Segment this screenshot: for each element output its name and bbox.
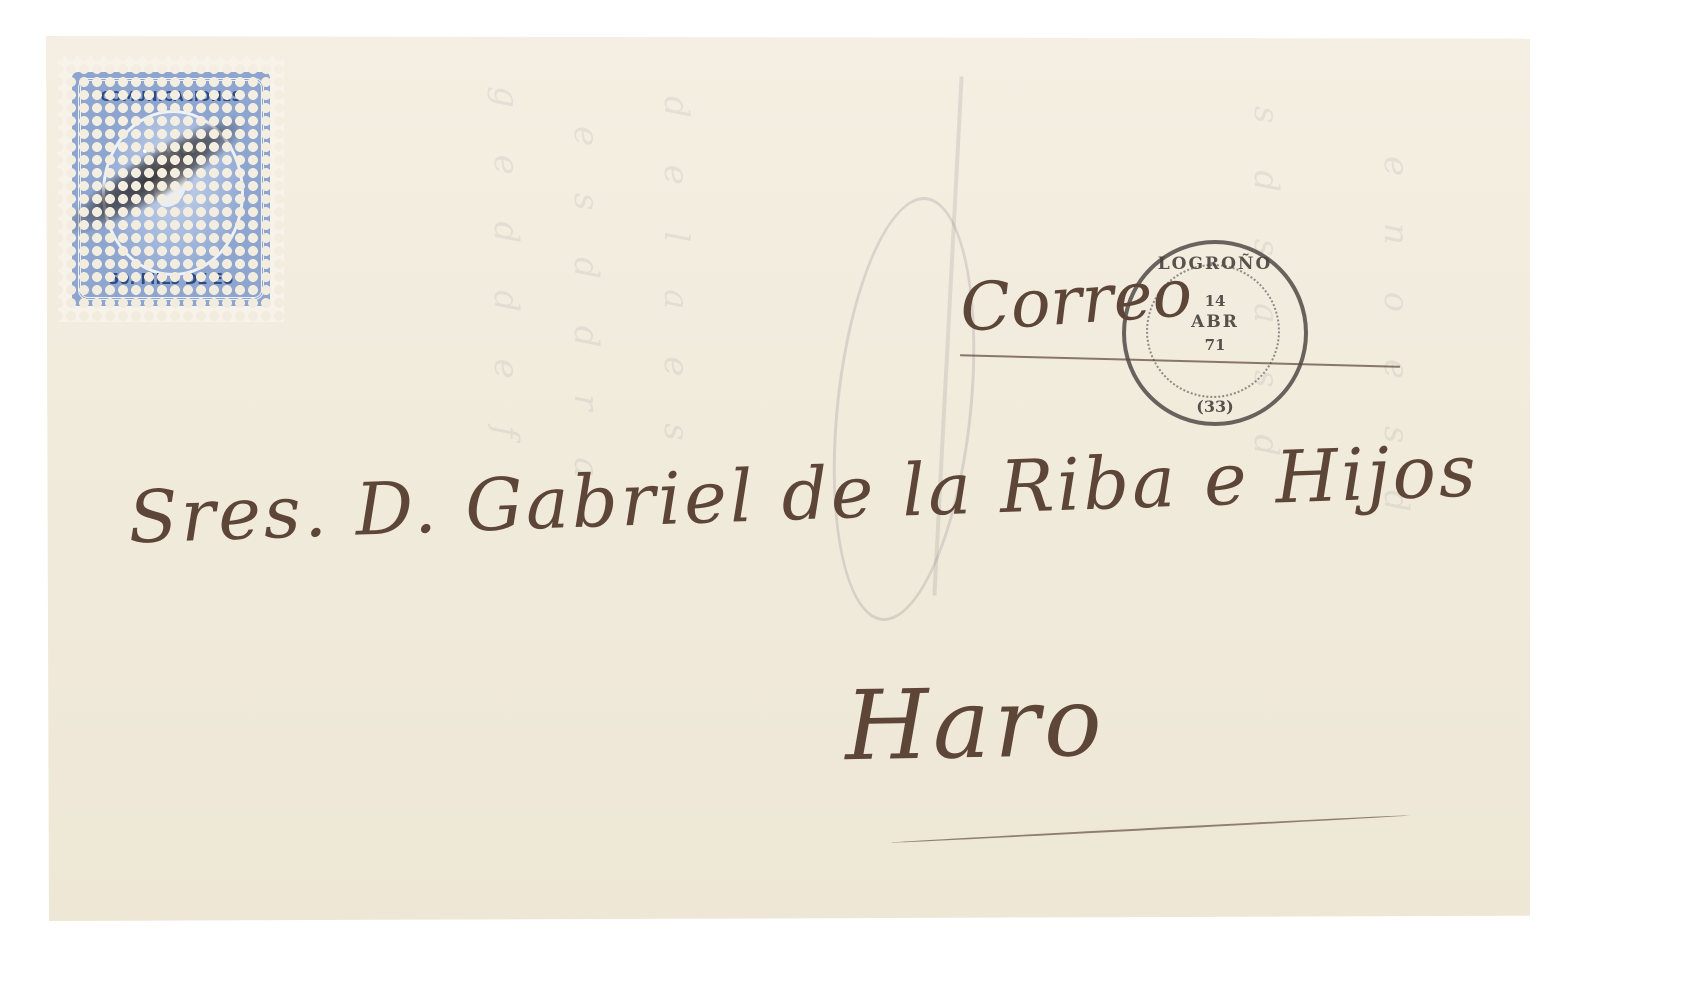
- postage-stamp: COMUNICACIONES 50. MILs DE Eo: [58, 56, 284, 322]
- postmark-year: 71: [1126, 336, 1304, 354]
- destination: Haro: [844, 666, 1107, 783]
- bleed-through-text: d e l a e s: [656, 96, 696, 459]
- faint-rate-mark: [814, 190, 994, 628]
- bleed-through-text: g e d d e f: [486, 86, 526, 456]
- postmark-code: (33): [1126, 397, 1304, 416]
- bleed-through-text: e s d d r a: [566, 126, 606, 496]
- service-note: Correo: [958, 254, 1195, 347]
- stamp-top-text: COMUNICACIONES: [72, 90, 270, 105]
- stamp-value-text: 50. MILs DE Eo: [72, 270, 270, 288]
- stamp-design: COMUNICACIONES 50. MILs DE Eo: [72, 72, 270, 306]
